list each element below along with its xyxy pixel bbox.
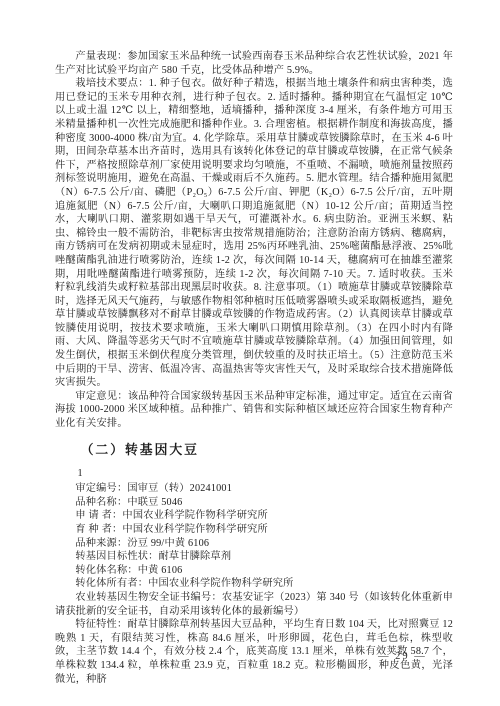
entry-number: 1 <box>55 467 453 481</box>
info-line-gm-target-trait: 转基因目标性状：耐草甘膦除草剂 <box>55 550 453 564</box>
paragraph-approval-opinion: 审定意见：该品种符合国家级转基因玉米品种审定标准，通过审定。适宜在云南省海拔 1… <box>55 390 453 431</box>
info-line-variety-source: 品种来源：汾豆 99/中黄 6106 <box>55 537 453 551</box>
paragraph-biosafety-certificate: 农业转基因生物安全证书编号：农基安证字（2023）第 340 号（如该转化体重新… <box>55 591 453 618</box>
info-line-variety-name: 品种名称：中联豆 5046 <box>55 496 453 510</box>
paragraph-cultivation-techniques: 栽培技术要点：1. 种子包衣。做好种子精选，根据当地土壤条件和病虫害种类，选用已… <box>55 77 453 390</box>
paragraph-yield-performance: 产量表现：参加国家玉米品种统一试验西南春玉米品种综合农艺性状试验，2021 年生… <box>55 50 453 77</box>
section-heading-gm-soybean: （二）转基因大豆 <box>55 442 453 458</box>
page-number: — 29 — <box>378 651 427 662</box>
text-block: 产量表现：参加国家玉米品种统一试验西南春玉米品种综合农艺性状试验，2021 年生… <box>55 50 453 686</box>
info-line-transformation-event-name: 转化体名称：中黄 6106 <box>55 564 453 578</box>
info-line-applicant: 申 请 者：中国农业科学院作物科学研究所 <box>55 509 453 523</box>
info-line-approval-number: 审定编号：国审豆（转）20241001 <box>55 482 453 496</box>
info-line-transformation-event-owner: 转化体所有者：中国农业科学院作物科学研究所 <box>55 577 453 591</box>
info-line-breeder: 育 种 者：中国农业科学院作物科学研究所 <box>55 523 453 537</box>
document-page: 产量表现：参加国家玉米品种统一试验西南春玉米品种综合农艺性状试验，2021 年生… <box>0 0 500 706</box>
